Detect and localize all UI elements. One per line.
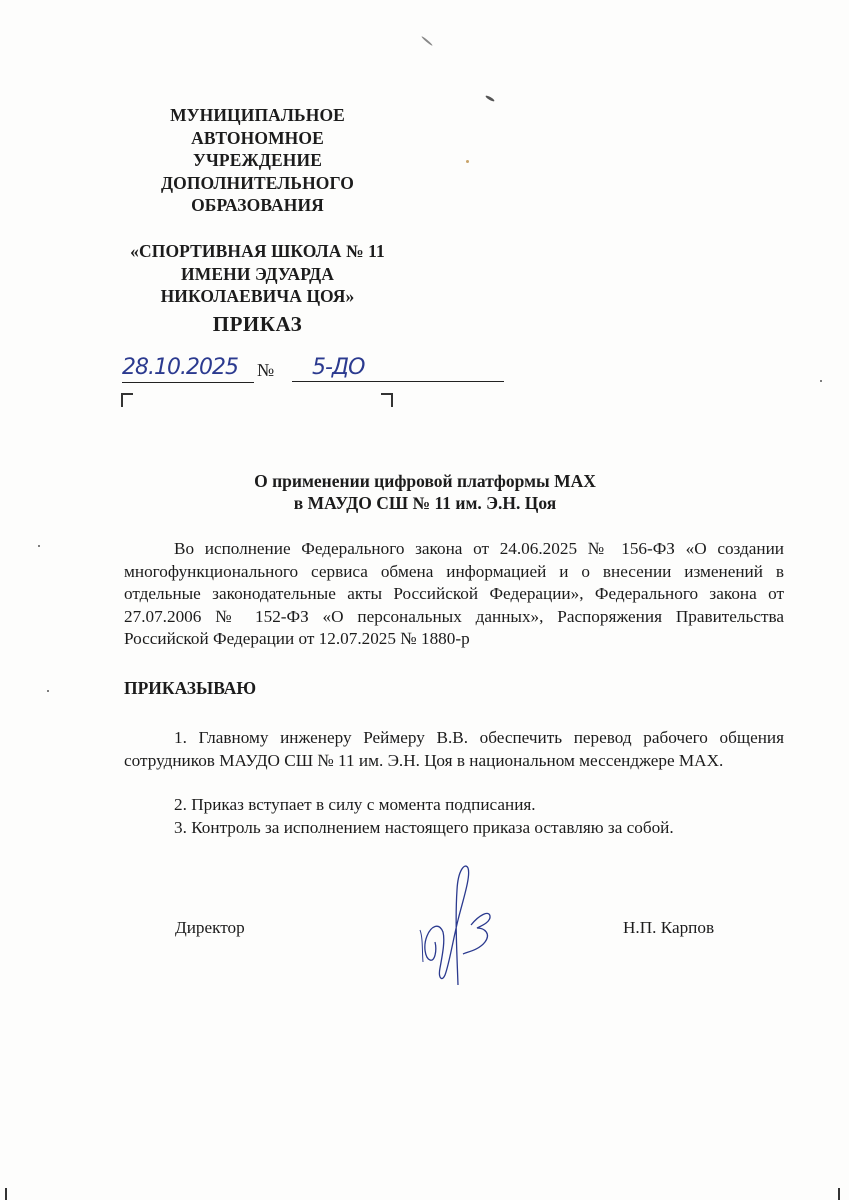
scan-speck [820, 380, 822, 382]
scan-speck [38, 545, 40, 547]
org-line: МУНИЦИПАЛЬНОЕ [120, 104, 395, 127]
number-sign: № [257, 360, 274, 381]
corner-bracket-right [381, 393, 393, 407]
school-name: «СПОРТИВНАЯ ШКОЛА № 11 ИМЕНИ ЭДУАРДА НИК… [120, 240, 395, 308]
scan-speck [485, 95, 495, 103]
corner-bracket-left [121, 393, 133, 407]
handwritten-number: 5-ДО [292, 355, 504, 382]
order-item-2: 2. Приказ вступает в силу с момента подп… [124, 794, 784, 817]
school-line: ИМЕНИ ЭДУАРДА [120, 263, 395, 286]
subject-line-1: О применении цифровой платформы МАХ [120, 470, 730, 492]
order-heading: ПРИКАЗЫВАЮ [124, 678, 256, 699]
scan-speck [421, 36, 433, 47]
document-type: ПРИКАЗ [120, 312, 395, 337]
school-line: НИКОЛАЕВИЧА ЦОЯ» [120, 285, 395, 308]
date-number-row: 28.10.2025 № 5-ДО [120, 355, 400, 385]
handwritten-signature-icon [405, 860, 515, 1000]
document-page: МУНИЦИПАЛЬНОЕ АВТОНОМНОЕ УЧРЕЖДЕНИЕ ДОПО… [0, 0, 849, 1200]
order-item-1: 1. Главному инженеру Реймеру В.В. обеспе… [124, 727, 784, 772]
signer-name: Н.П. Карпов [623, 918, 714, 938]
scan-edge-mark [5, 1188, 7, 1200]
order-item-3: 3. Контроль за исполнением настоящего пр… [124, 817, 784, 840]
school-line: «СПОРТИВНАЯ ШКОЛА № 11 [120, 240, 395, 263]
signer-role: Директор [175, 918, 245, 938]
intro-paragraph: Во исполнение Федерального закона от 24.… [124, 538, 784, 651]
handwritten-date: 28.10.2025 [122, 355, 254, 383]
org-line: АВТОНОМНОЕ [120, 127, 395, 150]
scan-speck [47, 690, 49, 692]
document-subject: О применении цифровой платформы МАХ в МА… [120, 470, 730, 514]
org-line: УЧРЕЖДЕНИЕ [120, 149, 395, 172]
org-line: ОБРАЗОВАНИЯ [120, 194, 395, 217]
subject-line-2: в МАУДО СШ № 11 им. Э.Н. Цоя [120, 492, 730, 514]
scan-edge-mark [838, 1188, 840, 1200]
org-line: ДОПОЛНИТЕЛЬНОГО [120, 172, 395, 195]
scan-speck [466, 160, 469, 163]
organization-name: МУНИЦИПАЛЬНОЕ АВТОНОМНОЕ УЧРЕЖДЕНИЕ ДОПО… [120, 104, 395, 217]
